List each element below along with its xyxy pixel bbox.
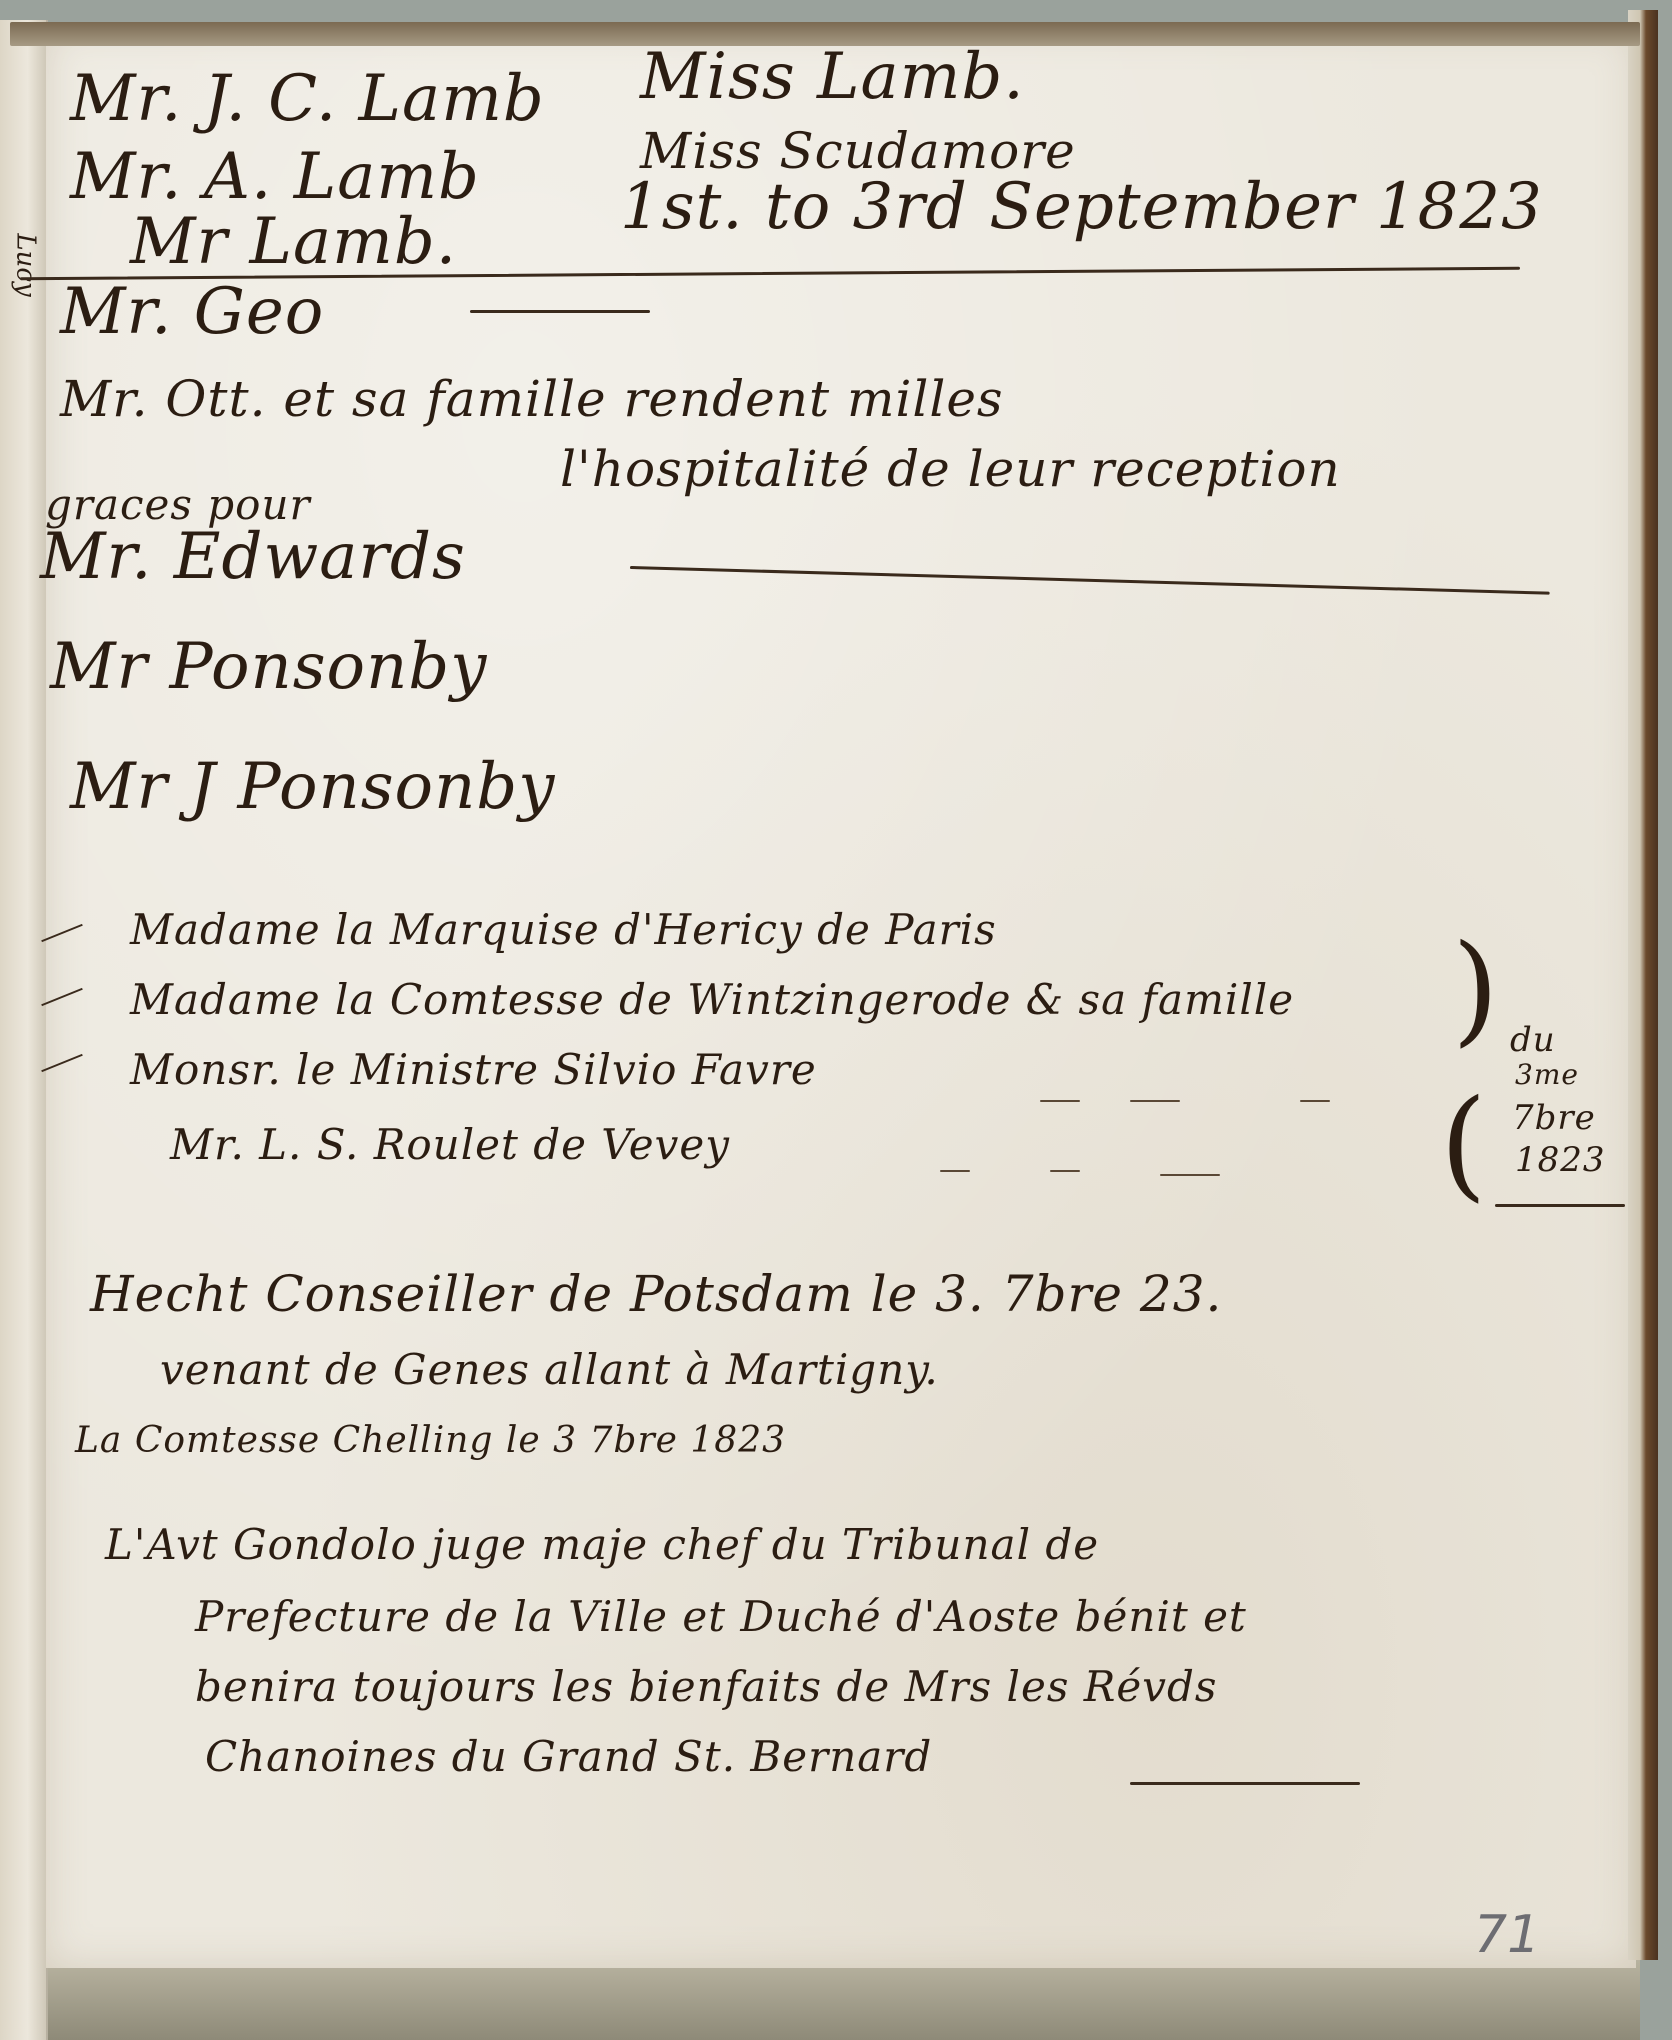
group-line-2: Madame la Comtesse de Wintzingerode & sa… <box>130 975 1294 1024</box>
signature-edwards: Mr. Edwards <box>40 520 466 594</box>
closing-flourish <box>1130 1782 1360 1785</box>
underlying-page-edge <box>20 1960 1640 2040</box>
dash <box>1040 1100 1080 1102</box>
brace-upper-icon: ) <box>1452 930 1499 1050</box>
dash <box>1050 1170 1080 1172</box>
group-line-4: Mr. L. S. Roulet de Vevey <box>170 1120 730 1169</box>
entry-gondolo-line2: Prefecture de la Ville et Duché d'Aoste … <box>195 1592 1247 1641</box>
date-range: 1st. to 3rd September 1823 <box>620 170 1543 244</box>
brace-lower-icon: ( <box>1440 1085 1487 1205</box>
entry-gondolo-line3: benira toujours les bienfaits de Mrs les… <box>195 1662 1217 1711</box>
signature-ponsonby: Mr Ponsonby <box>50 630 487 704</box>
signature-miss-lamb: Miss Lamb. <box>640 40 1025 114</box>
signature-a-lamb: Mr. A. Lamb <box>70 140 480 214</box>
dash <box>1300 1100 1330 1102</box>
entry-chelling: La Comtesse Chelling le 3 7bre 1823 <box>75 1420 786 1461</box>
page-number: 71 <box>1474 1905 1540 1965</box>
entry-hecht: Hecht Conseiller de Potsdam le 3. 7bre 2… <box>90 1265 1222 1323</box>
side-date-du: du <box>1510 1020 1556 1060</box>
side-date-year: 1823 <box>1515 1140 1606 1180</box>
entry-ott-line2: l'hospitalité de leur reception <box>560 440 1341 498</box>
side-date-month: 7bre <box>1512 1098 1596 1138</box>
group-line-1: Madame la Marquise d'Hericy de Paris <box>130 905 997 954</box>
dash <box>1160 1174 1220 1176</box>
side-date-underline <box>1495 1204 1625 1207</box>
side-date-day: 3me <box>1515 1058 1579 1091</box>
margin-note: Lucy <box>11 233 41 296</box>
entry-gondolo-line4: Chanoines du Grand St. Bernard <box>205 1732 932 1781</box>
facing-page-strip <box>0 20 48 2040</box>
entry-gondolo-line1: L'Avt Gondolo juge maje chef du Tribunal… <box>105 1520 1099 1569</box>
signature-jc-lamb: Mr. J. C. Lamb <box>70 62 545 136</box>
dash <box>940 1170 970 1172</box>
right-binding-edge <box>1628 10 1658 1960</box>
entry-hecht-route: venant de Genes allant à Martigny. <box>160 1345 939 1394</box>
dash <box>1130 1100 1180 1102</box>
signature-mr-geo: Mr. Geo <box>60 275 324 349</box>
signature-j-ponsonby: Mr J Ponsonby <box>70 750 555 824</box>
dash-rule <box>470 310 650 313</box>
signature-mr-lamb: Mr Lamb. <box>130 205 457 279</box>
group-line-3: Monsr. le Ministre Silvio Favre <box>130 1045 817 1094</box>
entry-ott-line1: Mr. Ott. et sa famille rendent milles <box>60 370 1004 428</box>
